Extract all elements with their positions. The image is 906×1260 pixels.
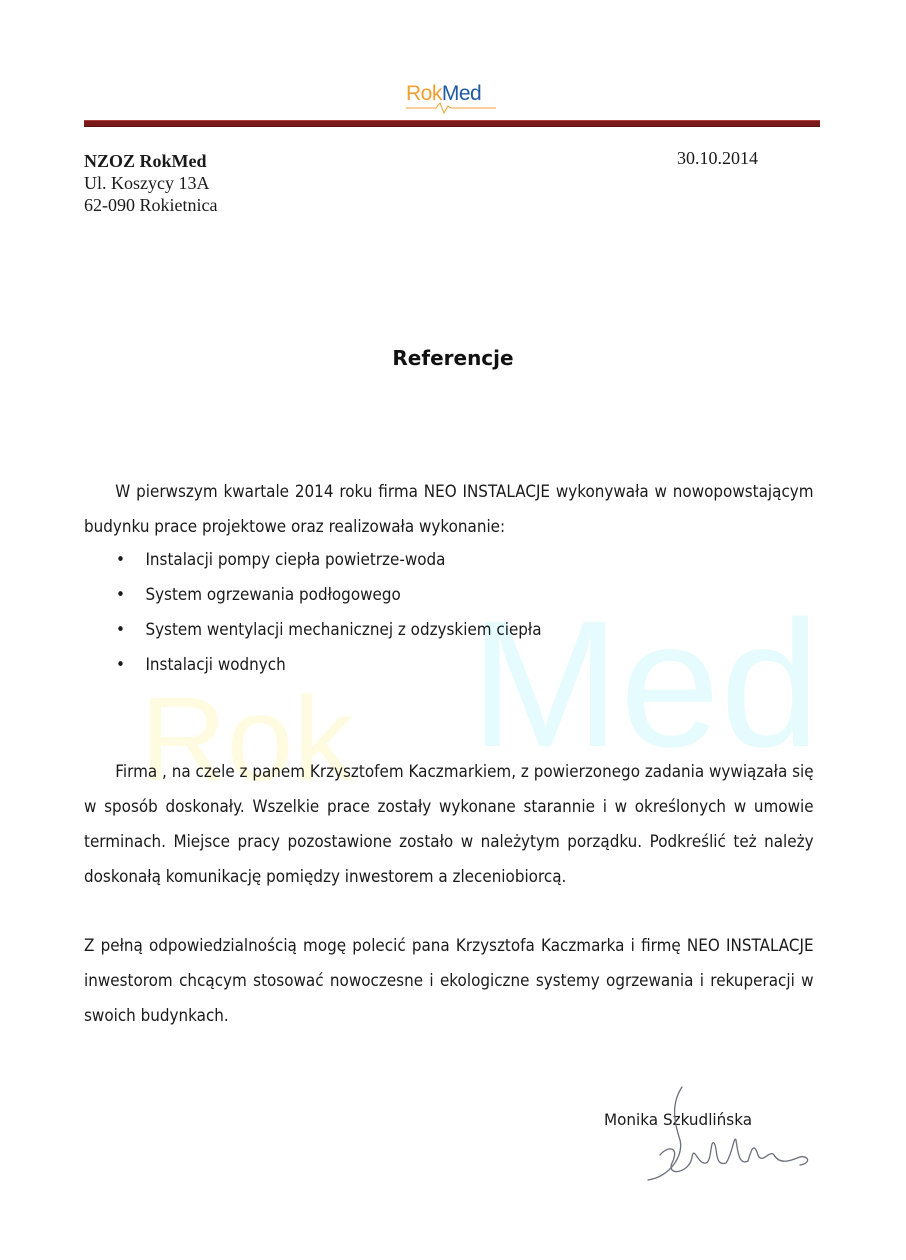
list-item: System wentylacji mechanicznej z odzyski…	[116, 612, 542, 647]
paragraph-intro: W pierwszym kwartale 2014 roku firma NEO…	[84, 474, 814, 544]
sender-address: NZOZ RokMed Ul. Koszycy 13A 62-090 Rokie…	[84, 150, 217, 216]
company-logo: RokMed	[406, 82, 506, 114]
heartbeat-icon	[406, 100, 496, 116]
paragraph-recommendation-text: Z pełną odpowiedzialnością mogę polecić …	[84, 936, 814, 1025]
paragraph-evaluation-text: Firma , na czele z panem Krzysztofem Kac…	[84, 762, 814, 886]
services-list: Instalacji pompy ciepła powietrze-woda S…	[116, 542, 542, 682]
paragraph-evaluation: Firma , na czele z panem Krzysztofem Kac…	[84, 754, 814, 894]
sender-street: Ul. Koszycy 13A	[84, 172, 217, 194]
letter-date: 30.10.2014	[677, 148, 758, 169]
letter-title: Referencje	[0, 346, 906, 370]
sender-name: NZOZ RokMed	[84, 150, 217, 172]
handwritten-signature	[640, 1085, 820, 1185]
header-rule	[84, 120, 820, 127]
paragraph-recommendation: Z pełną odpowiedzialnością mogę polecić …	[84, 928, 814, 1033]
list-item: Instalacji pompy ciepła powietrze-woda	[116, 542, 542, 577]
sender-city: 62-090 Rokietnica	[84, 194, 217, 216]
list-item: Instalacji wodnych	[116, 647, 542, 682]
list-item: System ogrzewania podłogowego	[116, 577, 542, 612]
paragraph-intro-text: W pierwszym kwartale 2014 roku firma NEO…	[84, 482, 814, 536]
